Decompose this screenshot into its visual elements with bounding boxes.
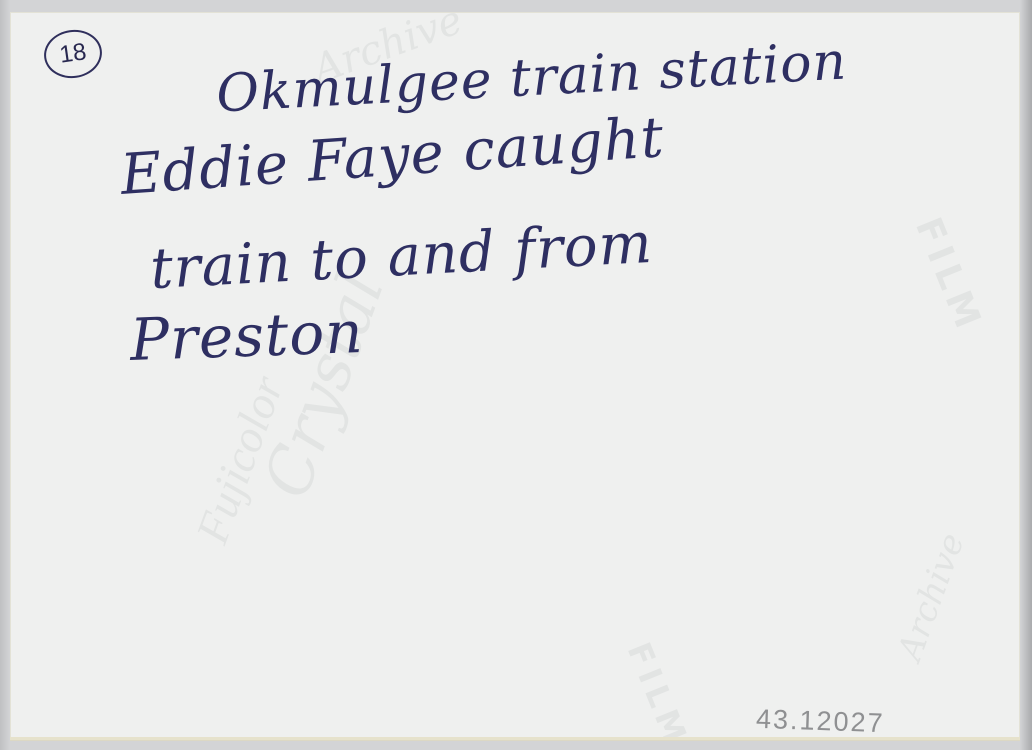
handwriting-line-2: Eddie Faye caught xyxy=(118,105,666,208)
photo-back-card: Fujicolor Crystal FILM FILM Archive Arch… xyxy=(10,12,1020,740)
handwriting-line-4: Preston xyxy=(129,298,365,374)
backprint-brand-watermark: Fujicolor xyxy=(185,369,294,550)
circled-number-text: 18 xyxy=(58,38,88,69)
backprint-film-watermark-right: FILM xyxy=(907,212,990,339)
backprint-film-watermark-bottom: FILM xyxy=(620,637,696,740)
accession-number: 43.12027 xyxy=(755,704,885,739)
backprint-series-watermark: Archive xyxy=(890,528,973,666)
handwriting-line-3: train to and from xyxy=(149,211,655,302)
circled-number-annotation: 18 xyxy=(41,26,105,82)
scan-background: Fujicolor Crystal FILM FILM Archive Arch… xyxy=(0,0,1032,750)
handwriting-line-1: Okmulgee train station xyxy=(215,32,849,125)
